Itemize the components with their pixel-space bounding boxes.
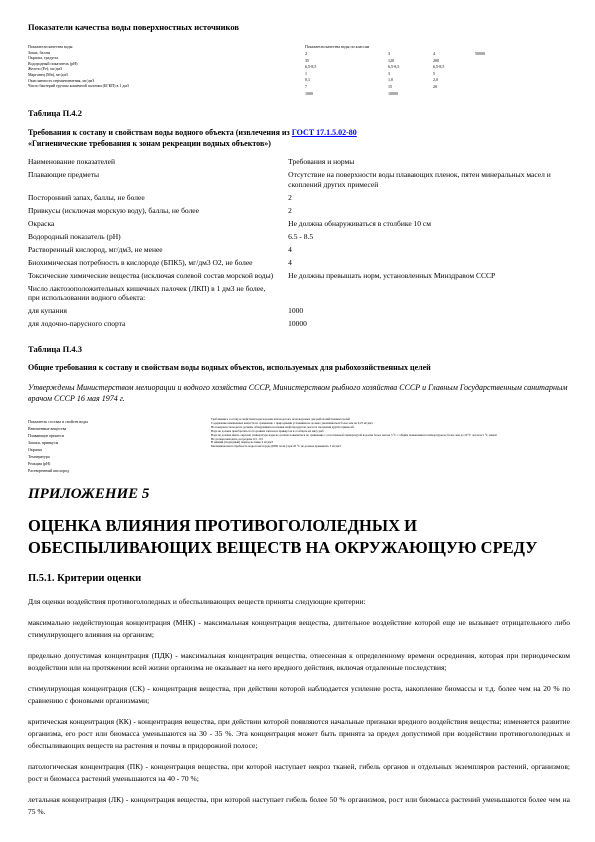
row-value: 1000 [288,306,570,319]
row-value: 2 [288,193,570,206]
row-value: 6.5 - 8.5 [288,232,570,245]
mini-table-row: Растворенный кислород [28,467,278,474]
requirements-table: Наименование показателей Требования и но… [28,157,570,332]
body-paragraph: стимулирующая концентрация (СК) - концен… [28,683,570,707]
mini-cell: 120 [388,58,438,65]
approval-note: Утверждены Министерством мелиорации и во… [28,382,570,404]
table-row: Окраска Не должна обнаруживаться в столб… [28,219,570,232]
mini-cell: 20 [433,84,483,91]
mini-cell: 2,0 [433,77,483,84]
table-row: Растворенный кислород, мг/дм3, не менее … [28,245,570,258]
row-value: Отсутствие на поверхности воды плавающих… [288,170,570,193]
column-header: Наименование показателей [28,157,288,170]
mini-cell: 0,1 [305,77,355,84]
row-label: Токсические химические вещества (исключа… [28,271,288,284]
body-paragraph: летальная концентрация (ЛК) - концентрац… [28,794,570,818]
mini-table-column-header: Показатели качества воды по классам [305,44,369,50]
mini-cell: 6,5-8,5 [305,64,355,71]
intro-text-before: Требования к составу и свойствам воды во… [28,128,292,137]
table-row: для купания 1000 [28,306,570,319]
table-p42-intro: Требования к составу и свойствам воды во… [28,127,570,149]
body-paragraph: предельно допустимая концентрация (ПДК) … [28,650,570,674]
mini-table-surface-water: Показатели качества воды Запах, баллы Ок… [28,44,570,98]
mini-cell: 1,0 [388,77,438,84]
table-row: Токсические химические вещества (исключа… [28,271,570,284]
table-row: Число лактозоположительных кишечных пало… [28,284,570,307]
table-row: Биохимическая потребность в кислороде (Б… [28,258,570,271]
mini-cell: 10000 [388,91,438,98]
mini-table-left-column: Показатели качества воды Запах, баллы Ок… [28,44,278,89]
table-header-row: Наименование показателей Требования и но… [28,157,570,170]
mini-cell: 200 [433,58,483,65]
row-label: Биохимическая потребность в кислороде (Б… [28,258,288,271]
table-row: Посторонний запах, баллы, не более 2 [28,193,570,206]
section-heading: П.5.1. Критерии оценки [28,573,570,584]
row-value: Не должны превышать норм, установленных … [288,271,570,284]
mini-cell: Биохимическая потребность воды в кислоро… [211,445,573,449]
gost-standard-link[interactable]: ГОСТ 17.1.5.02-80 [292,128,357,137]
mini-cell: 35 [305,58,355,65]
row-label: Окраска [28,219,288,232]
table-caption-p42: Таблица П.4.2 [28,108,570,118]
row-label: Растворенный кислород, мг/дм3, не менее [28,245,288,258]
mini-table-values-col4: 50000 [475,51,525,58]
row-label: Водородный показатель (pH) [28,232,288,245]
column-header: Требования и нормы [288,157,570,170]
mini-cell: 6,5-8,5 [433,64,483,71]
page-title: Показатели качества воды поверхностных и… [28,22,570,32]
row-label: Плавающие предметы [28,170,288,193]
mini-cell: 6,5-8,5 [388,64,438,71]
row-label: Посторонний запах, баллы, не более [28,193,288,206]
table-row: Плавающие предметы Отсутствие на поверхн… [28,170,570,193]
row-label: для лодочно-парусного спорта [28,319,288,332]
row-label: для купания [28,306,288,319]
table-caption-p43: Таблица П.4.3 [28,344,570,354]
body-paragraph: патологическая концентрация (ПК) - конце… [28,761,570,785]
body-paragraph: максимально недействующая концентрация (… [28,617,570,641]
mini-cell: 2 [305,51,355,58]
body-paragraph: Для оценки воздействия противогололедных… [28,596,570,608]
mini-cell: 5 [433,71,483,78]
mini-table-right-column: Требования к составу и свойствам воды во… [211,418,573,449]
appendix-title: ОЦЕНКА ВЛИЯНИЯ ПРОТИВОГОЛОЛЕДНЫХ И ОБЕСП… [28,515,570,559]
mini-cell: 3 [388,71,438,78]
mini-cell: 1 [305,71,355,78]
mini-table-values-col1: 2 35 6,5-8,5 1 0,1 7 1000 [305,51,355,97]
mini-cell: 1000 [305,91,355,98]
row-value: 4 [288,258,570,271]
row-label: Привкусы (исключая морскую воду), баллы,… [28,206,288,219]
body-paragraph: критическая концентрация (КК) - концентр… [28,716,570,752]
table-row: Привкусы (исключая морскую воду), баллы,… [28,206,570,219]
mini-table-row: Температура [28,453,278,460]
mini-table-row: Число бактерий группы кишечной палочки (… [28,83,278,89]
table-row: для лодочно-парусного спорта 10000 [28,319,570,332]
appendix-label: ПРИЛОЖЕНИЕ 5 [28,486,570,503]
row-value: 2 [288,206,570,219]
mini-cell: 50000 [475,51,525,58]
mini-cell: 7 [305,84,355,91]
mini-table-row: Реакция (pH) [28,460,278,467]
row-value: 4 [288,245,570,258]
intro-text-after: «Гигиенические требования к зонам рекреа… [28,139,271,148]
mini-cell: 3 [388,51,438,58]
row-label: Число лактозоположительных кишечных пало… [28,284,288,307]
table-p43-title: Общие требования к составу и свойствам в… [28,363,570,372]
row-value: 10000 [288,319,570,332]
row-value [288,284,570,307]
table-row: Водородный показатель (pH) 6.5 - 8.5 [28,232,570,245]
mini-cell: 15 [388,84,438,91]
mini-table-values-col2: 3 120 6,5-8,5 3 1,0 15 10000 [388,51,438,97]
mini-table-fishery-water: Показатель состава и свойств воды Взвеше… [28,418,570,478]
row-value: Не должна обнаруживаться в столбике 10 с… [288,219,570,232]
